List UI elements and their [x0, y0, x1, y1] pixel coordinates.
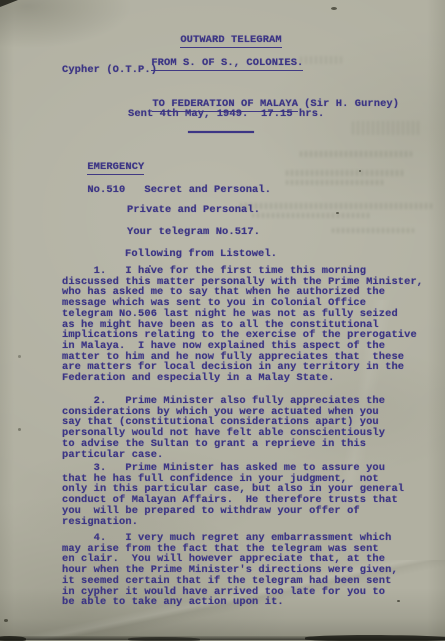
reference-line: Your telegram No.517.: [127, 226, 260, 238]
sent-line: Sent 4th May, 1949. 17.15 hrs.: [128, 108, 324, 120]
separator-rule: [188, 131, 254, 133]
bleed-through-smudge: [286, 180, 386, 185]
ink-speck: [4, 619, 8, 622]
paragraph-2: 2. Prime Minister also fully appreciates…: [62, 396, 385, 460]
bleed-through-smudge: [352, 121, 420, 135]
bleed-through-smudge: [286, 170, 406, 176]
private-personal-line: Private and Personal.: [127, 204, 260, 216]
photo-edge-blob: [305, 635, 445, 640]
paragraph-3: 3. Prime Minister has asked me to assure…: [62, 463, 404, 527]
ink-speck: [18, 428, 21, 431]
number-classification-line: No.510Secret and Personal.: [62, 172, 271, 208]
bleed-through-smudge: [300, 151, 412, 157]
ink-speck: [331, 7, 337, 10]
bleed-through-smudge: [332, 228, 414, 233]
telegram-document: OUTWARD TELEGRAM FROM S. OF S., COLONIES…: [0, 0, 445, 640]
cypher-line: Cypher (O.T.P.): [62, 64, 157, 76]
ink-speck: [18, 355, 21, 358]
photo-edge-blob: [0, 636, 26, 640]
security-classification: Secret and Personal.: [144, 184, 271, 196]
bleed-through-smudge: [300, 56, 342, 64]
telegram-number: No.510: [87, 184, 125, 196]
from-line-text: FROM S. OF S., COLONIES.: [151, 57, 303, 71]
paragraph-4: 4. I very much regret any embarrassment …: [62, 533, 398, 608]
photo-corner-mark: [0, 0, 18, 7]
bleed-through-smudge: [252, 213, 372, 218]
paragraph-1: 1. I have for the first time this mornin…: [62, 266, 423, 384]
attribution-line: Following from Listowel.: [125, 248, 277, 260]
photo-of-telegram: { "document": { "header": { "title": "OU…: [0, 0, 445, 640]
